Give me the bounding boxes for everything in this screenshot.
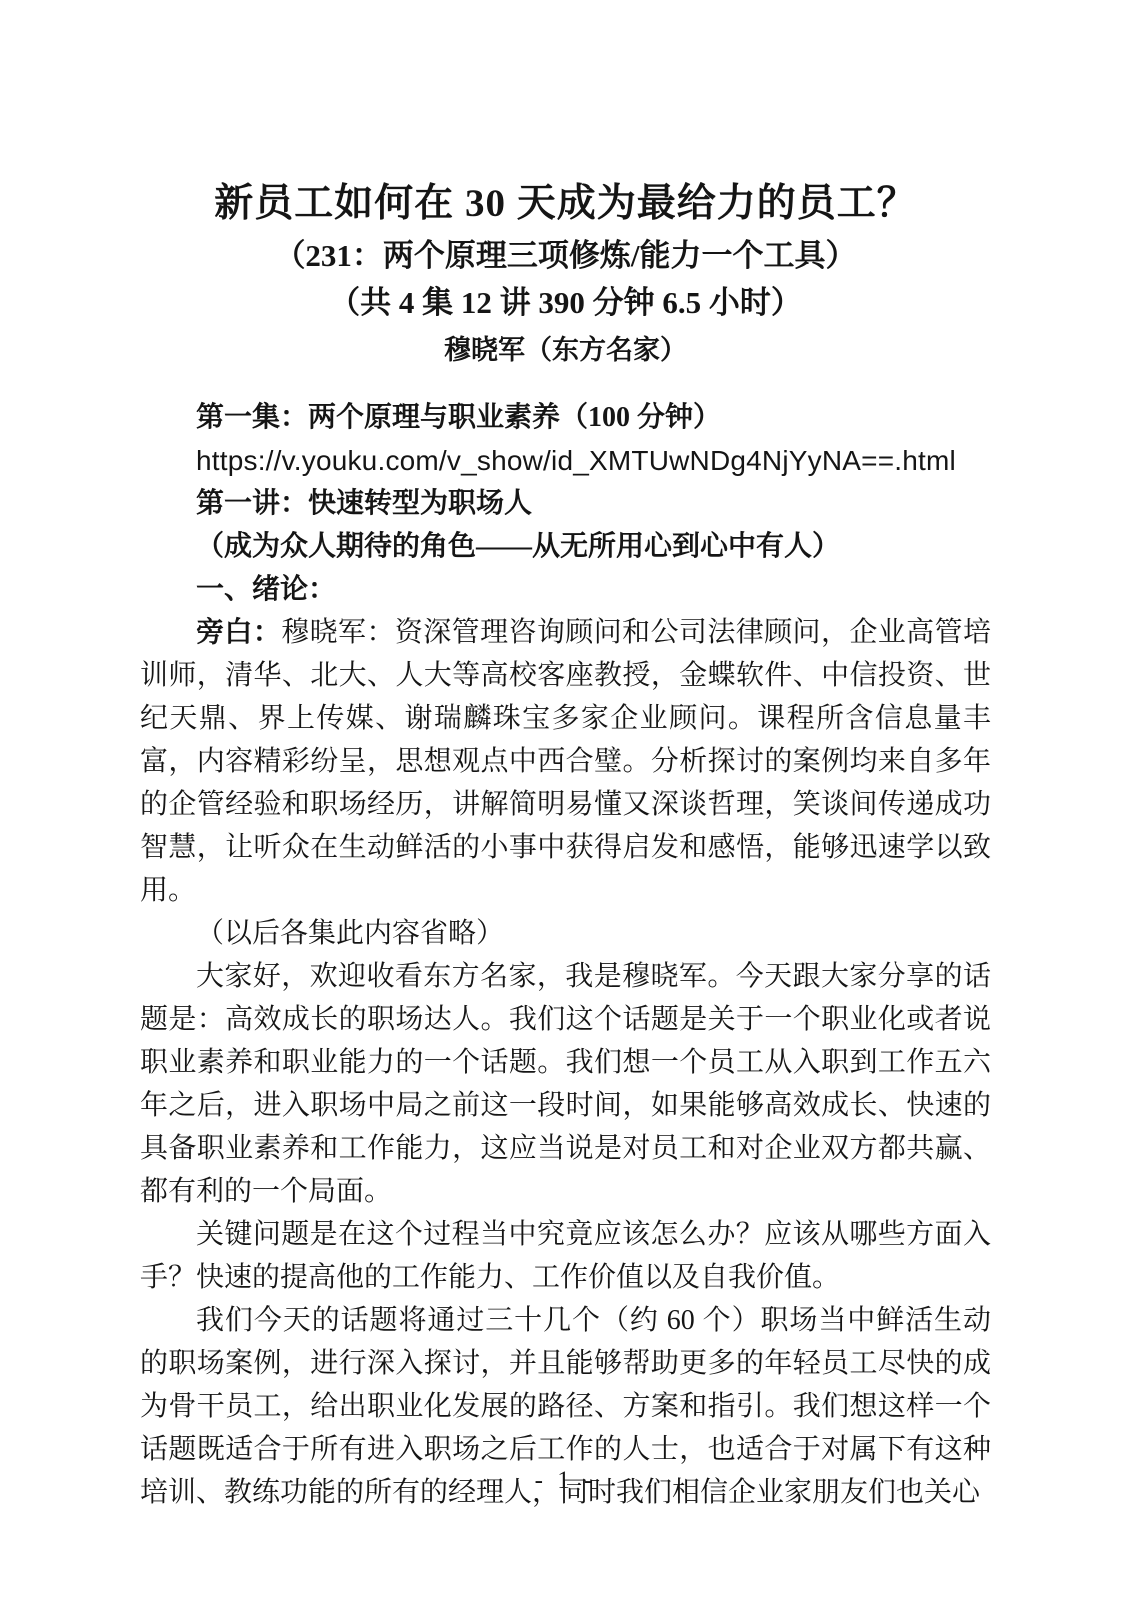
document-header: 新员工如何在 30 天成为最给力的员工？ （231：两个原理三项修炼/能力一个工… xyxy=(140,181,991,366)
video-url-text: https://v.youku.com/v_show/id_XMTUwNDg4N… xyxy=(140,439,991,482)
omit-note: （以后各集此内容省略） xyxy=(140,912,991,955)
narration-text: 穆晓军：资深管理咨询顾问和公司法律顾问，企业高管培训师，清华、北大、人大等高校客… xyxy=(140,617,991,906)
doc-title: 新员工如何在 30 天成为最给力的员工？ xyxy=(140,181,991,227)
intro-paragraph: 大家好，欢迎收看东方名家，我是穆晓军。今天跟大家分享的话题是：高效成长的职场达人… xyxy=(140,955,991,1213)
doc-subtitle-line2: （共 4 集 12 讲 390 分钟 6.5 小时） xyxy=(140,285,991,321)
lecture-heading: 第一讲：快速转型为职场人 xyxy=(140,482,991,525)
doc-subtitle-line1: （231：两个原理三项修炼/能力一个工具） xyxy=(140,238,991,274)
document-page: 新员工如何在 30 天成为最给力的员工？ （231：两个原理三项修炼/能力一个工… xyxy=(0,0,1131,1600)
narration-label: 旁白： xyxy=(196,617,281,648)
document-body: 第一集：两个原理与职业素养（100 分钟） https://v.youku.co… xyxy=(140,396,991,1514)
doc-author: 穆晓军（东方名家） xyxy=(140,334,991,366)
narration-paragraph: 旁白：穆晓军：资深管理咨询顾问和公司法律顾问，企业高管培训师，清华、北大、人大等… xyxy=(140,611,991,912)
lecture-subtitle: （成为众人期待的角色——从无所用心到心中有人） xyxy=(140,525,991,568)
page-number: - 1 - xyxy=(140,1466,991,1496)
episode-heading: 第一集：两个原理与职业素养（100 分钟） xyxy=(140,396,991,439)
section-heading: 一、绪论： xyxy=(140,568,991,611)
key-question-paragraph: 关键问题是在这个过程当中究竟应该怎么办？应该从哪些方面入手？快速的提高他的工作能… xyxy=(140,1213,991,1299)
